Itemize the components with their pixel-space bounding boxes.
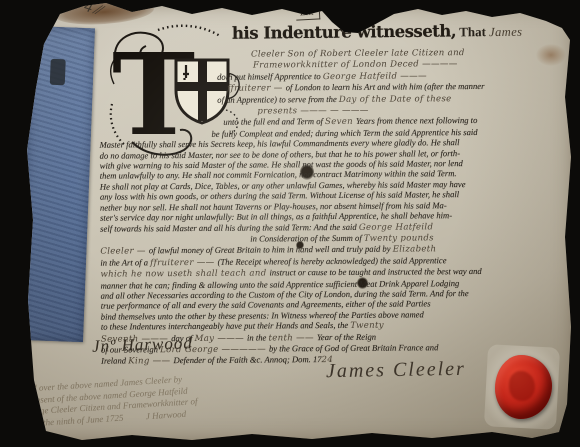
handwritten-text: Elizabeth	[393, 245, 437, 255]
printed-text: unto the full end and Term of	[223, 116, 325, 127]
handwritten-text: George Hatfeild ———	[323, 71, 427, 82]
document-text-block: Cleeler Son of Robert Cleeler late Citiz…	[99, 46, 567, 367]
printed-text: by the Grace of God of Great Britain Fra…	[269, 342, 438, 353]
handwritten-text: which he now useth shall teach and	[100, 269, 269, 280]
handwritten-text: ffruiterer —	[227, 84, 286, 94]
printed-text: of lawful money of Great Britain to him …	[149, 244, 393, 256]
handwritten-text: Day of the Date of these	[339, 94, 452, 105]
indenture-heading: his Indenture witnesseth, That James	[100, 19, 580, 45]
heading-blackletter: his Indenture witnesseth,	[232, 21, 456, 42]
printed-text: in Consideration of the Summ of	[250, 233, 364, 244]
handwritten-text: Seven	[325, 117, 356, 127]
handwritten-text: Frameworkknitter of London Deced ————	[253, 60, 458, 71]
handwritten-text: presents ——— — ———	[257, 106, 368, 117]
printed-text: of an Apprentice) to serve from the	[217, 94, 339, 105]
ribbon-dark-patch	[50, 59, 66, 86]
printed-text: in the	[247, 332, 269, 342]
printed-text: instruct or cause to be taught and instr…	[269, 266, 481, 277]
handwritten-text: George Hatfeild	[359, 222, 433, 233]
printed-text: to these Indentures interchangeably have…	[101, 320, 351, 332]
printed-text: Ireland	[101, 356, 128, 366]
printed-text: Years from thence next following to	[356, 115, 477, 126]
handwritten-text: Twenty pounds	[364, 233, 434, 243]
printed-text: (The Receipt whereof is hereby acknowled…	[218, 255, 447, 267]
printed-text: Year of the Reign	[317, 331, 376, 341]
turnover-memorandum: Turned over the above named James Cleele…	[11, 364, 353, 431]
handwritten-text: May ———	[195, 333, 248, 343]
printed-text: of London to learn his Art and with him …	[286, 81, 485, 92]
printed-text: in the Art of a	[100, 257, 150, 267]
photograph-of-indenture: 4 ∕∕ Ent T his Indenture witnesseth, Tha	[0, 0, 580, 447]
handwritten-text: King ——	[128, 356, 173, 366]
filing-notation: Ent	[296, 6, 321, 20]
printed-text: Defender of the Faith &c. Annoq; Dom. 17	[173, 354, 321, 365]
clerk-signature: Jnº Harwood	[92, 333, 193, 357]
heading-roman: That	[456, 24, 489, 39]
parchment-document: 4 ∕∕ Ent T his Indenture witnesseth, Tha	[14, 2, 576, 444]
blue-ribbon-strip	[20, 26, 95, 342]
handwritten-text: Twenty	[350, 321, 384, 331]
handwritten-text: tenth ——	[268, 333, 316, 343]
apprentice-name-filled: James	[489, 25, 522, 39]
handwritten-text: Cleeler —	[100, 247, 149, 257]
printed-text: doth put himself Apprentice to	[217, 71, 323, 82]
handwritten-text: ffruiterer ——	[150, 258, 218, 268]
printed-text: self towards his said Master and all his…	[100, 221, 359, 233]
